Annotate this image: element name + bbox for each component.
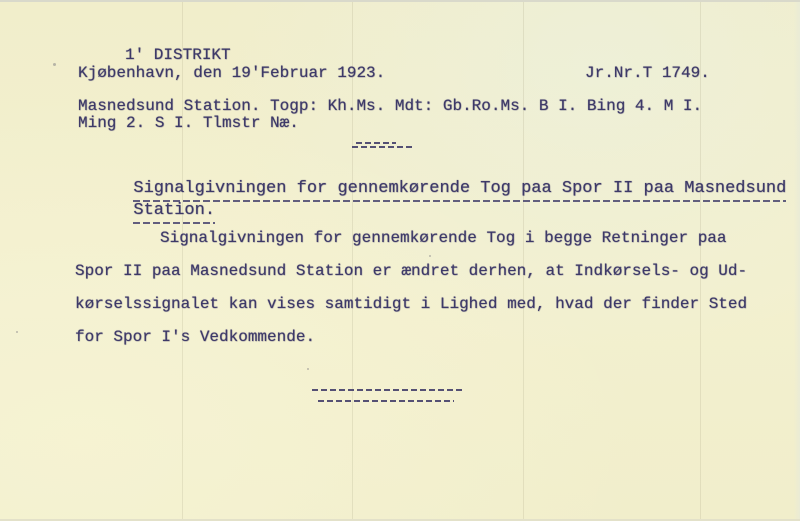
- typed-divider-bottom-row1: [312, 388, 462, 391]
- body-line-4: for Spor I's Vedkommende.: [75, 328, 315, 346]
- recipients-line-1: Masnedsund Station. Togp: Kh.Ms. Mdt: Gb…: [78, 97, 702, 115]
- subject-line-1: Signalgivningen for gennemkørende Tog pa…: [133, 180, 786, 202]
- journal-number: Jr.Nr.T 1749.: [585, 64, 710, 82]
- scanned-document-page: 1' DISTRIKT Kjøbenhavn, den 19'Februar 1…: [0, 0, 800, 521]
- scan-edge-shadow: [794, 2, 800, 519]
- ink-speck: [16, 331, 18, 333]
- typed-divider-bottom-row2: [318, 399, 454, 402]
- recipients-line-2: Ming 2. S I. Tlmstr Næ.: [78, 114, 299, 132]
- subject-line-2: Station.: [133, 202, 215, 224]
- ink-speck: [53, 63, 56, 66]
- ink-speck: [307, 368, 309, 370]
- place-date-line: Kjøbenhavn, den 19'Februar 1923.: [78, 64, 385, 82]
- district-heading: 1' DISTRIKT: [125, 46, 231, 64]
- body-line-3: kørselssignalet kan vises samtidigt i Li…: [75, 295, 747, 313]
- paper-fold-line: [523, 2, 524, 519]
- body-line-1: Signalgivningen for gennemkørende Tog i …: [160, 229, 727, 247]
- typed-divider-top-row1: [356, 141, 396, 144]
- body-line-2: Spor II paa Masnedsund Station er ændret…: [75, 262, 747, 280]
- typed-divider-top-row2: [352, 145, 412, 148]
- ink-speck: [429, 255, 431, 257]
